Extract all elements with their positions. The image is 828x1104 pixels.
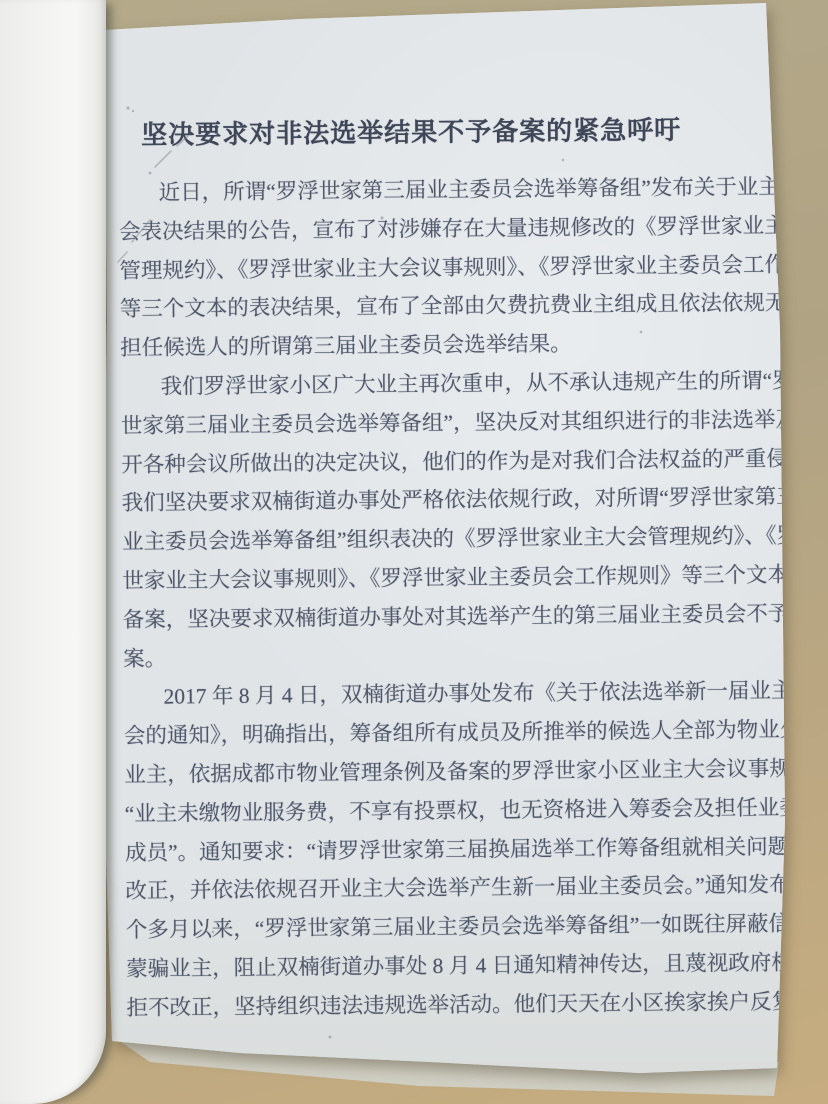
text-line: 蒙骗业主，阻止双楠街道办事处 8 月 4 日通知精神传达，且蔑视政府权威，: [126, 944, 712, 988]
document-title: 坚决要求对非法选举结果不予备案的紧急呼吁: [118, 110, 704, 156]
text-line: 世家业主大会议事规则》、《罗浮世家业主委员会工作规则》等三个文本不予: [122, 556, 708, 600]
text-line: 世家第三届业主委员会选举筹备组”，坚决反对其组织进行的非法选举及召: [121, 401, 707, 445]
text-line: 我们坚决要求双楠街道办事处严格依法依规行政，对所谓“罗浮世家第三届: [122, 479, 708, 523]
text-line: 等三个文本的表决结果，宣布了全部由欠费抗费业主组成且依法依规无资格: [120, 285, 706, 329]
text-line: 会表决结果的公告，宣布了对涉嫌存在大量违规修改的《罗浮世家业主大会: [119, 207, 705, 251]
document-page: 坚决要求对非法选举结果不予备案的紧急呼吁 近日，所谓“罗浮世家第三届业主委员会选…: [0, 0, 828, 1104]
text-line: “业主未缴物业服务费，不享有投票权，也无资格进入筹委会及担任业委会: [125, 789, 711, 833]
text-line: 改正，并依法依规召开业主大会选举产生新一届业主委员会。”通知发布 1: [125, 867, 711, 911]
text-line: 我们罗浮世家小区广大业主再次重申，从不承认违规产生的所谓“罗浮: [120, 362, 706, 406]
text-line: 管理规约》、《罗浮世家业主大会议事规则》、《罗浮世家业主委员会工作规则》: [119, 246, 705, 290]
text-line: 拒不改正，坚持组织违法违规选举活动。他们天天在小区挨家挨户反复敲门，: [126, 983, 712, 1027]
text-line: 备案，坚决要求双楠街道办事处对其选举产生的第三届业主委员会不予备: [123, 595, 709, 639]
page-content: 坚决要求对非法选举结果不予备案的紧急呼吁 近日，所谓“罗浮世家第三届业主委员会选…: [118, 110, 713, 1027]
text-line: 开各种会议所做出的决定决议，他们的作为是对我们合法权益的严重侵害。: [121, 440, 707, 484]
flipped-pages-stack: [0, 0, 106, 1104]
text-line: 会的通知》，明确指出，筹备组所有成员及所推举的候选人全部为物业欠费: [124, 712, 710, 756]
document-page-wrap: 坚决要求对非法选举结果不予备案的紧急呼吁 近日，所谓“罗浮世家第三届业主委员会选…: [0, 0, 828, 1104]
text-line: 个多月以来，“罗浮世家第三届业主委员会选举筹备组”一如既往屏蔽信息、: [126, 905, 712, 949]
photo-of-document: 坚决要求对非法选举结果不予备案的紧急呼吁 近日，所谓“罗浮世家第三届业主委员会选…: [0, 0, 828, 1104]
text-line: 业主，依据成都市物业管理条例及备案的罗浮世家小区业主大会议事规则，: [124, 750, 710, 794]
text-line: 担任候选人的所谓第三届业主委员会选举结果。: [120, 324, 706, 368]
text-line: 案。: [123, 634, 709, 678]
text-line: 2017 年 8 月 4 日，双楠街道办事处发布《关于依法选举新一届业主委员: [123, 673, 709, 717]
text-line: 成员”。通知要求：“请罗浮世家第三届换届选举工作筹备组就相关问题及时: [125, 828, 711, 872]
document-body: 近日，所谓“罗浮世家第三届业主委员会选举筹备组”发布关于业主大会表决结果的公告，…: [119, 168, 713, 1027]
text-line: 业主委员会选举筹备组”组织表决的《罗浮世家业主大会管理规约》、《罗浮: [122, 518, 708, 562]
text-line: 近日，所谓“罗浮世家第三届业主委员会选举筹备组”发布关于业主大: [119, 168, 705, 212]
